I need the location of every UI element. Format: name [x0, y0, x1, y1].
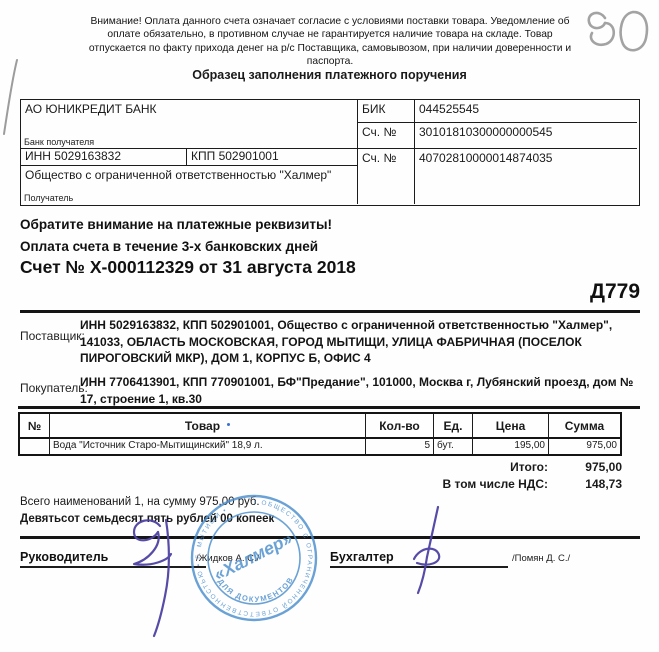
document-code: Д779 [555, 280, 640, 304]
attention-line-1: Обратите внимание на платежные реквизиты… [20, 217, 332, 232]
divider-top [20, 310, 640, 313]
vat-value: 148,73 [585, 477, 622, 491]
account-value-cell: 40702810000014874035 [415, 149, 637, 204]
invoice-number-title: Счет № Х-000112329 от 31 августа 2018 [20, 257, 356, 278]
col-sum: Сумма [549, 414, 620, 439]
bank-name-cell: АО ЮНИКРЕДИТ БАНК Банк получателя [21, 100, 358, 149]
divider-bottom [20, 536, 640, 539]
bik-value-cell: 044525545 [415, 100, 637, 123]
col-quantity: Кол-во [366, 414, 434, 439]
bank-requisites-table: АО ЮНИКРЕДИТ БАНК Банк получателя ИНН 50… [20, 99, 640, 206]
total-value: 975,00 [585, 460, 622, 474]
col-unit: Ед. [434, 414, 473, 439]
kpp-cell: КПП 502901001 [187, 149, 358, 166]
col-number: № [20, 414, 50, 439]
handwritten-number-mark [583, 6, 655, 64]
divider-table-top [18, 406, 640, 409]
accountant-name: /Помян Д. С./ [512, 553, 570, 564]
bank-name: АО ЮНИКРЕДИТ БАНК [25, 102, 157, 116]
buyer-label: Покупатель: [20, 381, 88, 395]
invoice-document: Внимание! Оплата данного счета означает … [0, 0, 659, 652]
vat-label: В том числе НДС: [443, 477, 548, 491]
col-product-label: Товар [185, 419, 220, 433]
stamp-center-text: «Халмер» [211, 528, 296, 585]
supplier-details: ИНН 5029163832, КПП 502901001, Общество … [80, 317, 648, 367]
recipient-name: Общество с ограниченной ответственностью… [25, 168, 331, 182]
recipient-caption: Получатель [24, 193, 73, 203]
bik-label-cell: БИК [358, 100, 415, 123]
attention-line-2: Оплата счета в течение 3-х банковских дн… [20, 239, 318, 254]
col-price: Цена [473, 414, 549, 439]
buyer-details: ИНН 7706413901, КПП 770901001, БФ"Предан… [80, 374, 648, 407]
item-price: 195,00 [473, 439, 549, 454]
items-table: № Товар Кол-во Ед. Цена Сумма Вода "Исто… [18, 412, 622, 456]
accountant-signature-ink [402, 503, 462, 598]
accountant-label: Бухгалтер [330, 550, 394, 564]
director-signature-ink [118, 512, 213, 640]
total-label: Итого: [510, 460, 548, 474]
item-number [20, 439, 50, 454]
item-unit: бут. [434, 439, 473, 454]
item-sum: 975,00 [549, 439, 620, 454]
corr-account-value-cell: 30101810300000000545 [415, 123, 637, 149]
bank-name-caption: Банк получателя [24, 137, 94, 147]
pen-dot-mark [227, 423, 230, 426]
col-product: Товар [50, 414, 366, 439]
payment-order-sample-title: Образец заполнения платежного поручения [0, 68, 659, 82]
item-name: Вода "Источник Старо-Мытищинский" 18,9 л… [50, 439, 366, 454]
recipient-cell: Общество с ограниченной ответственностью… [21, 166, 358, 204]
director-label: Руководитель [20, 550, 108, 564]
supplier-label: Поставщик: [20, 329, 85, 343]
payment-notice: Внимание! Оплата данного счета означает … [78, 15, 582, 69]
corr-account-label-cell: Сч. № [358, 123, 415, 149]
items-table-header: № Товар Кол-во Ед. Цена Сумма [20, 414, 620, 439]
inn-cell: ИНН 5029163832 [21, 149, 187, 166]
account-label-cell: Сч. № [358, 149, 415, 204]
item-quantity: 5 [366, 439, 434, 454]
table-row: Вода "Источник Старо-Мытищинский" 18,9 л… [20, 439, 620, 454]
